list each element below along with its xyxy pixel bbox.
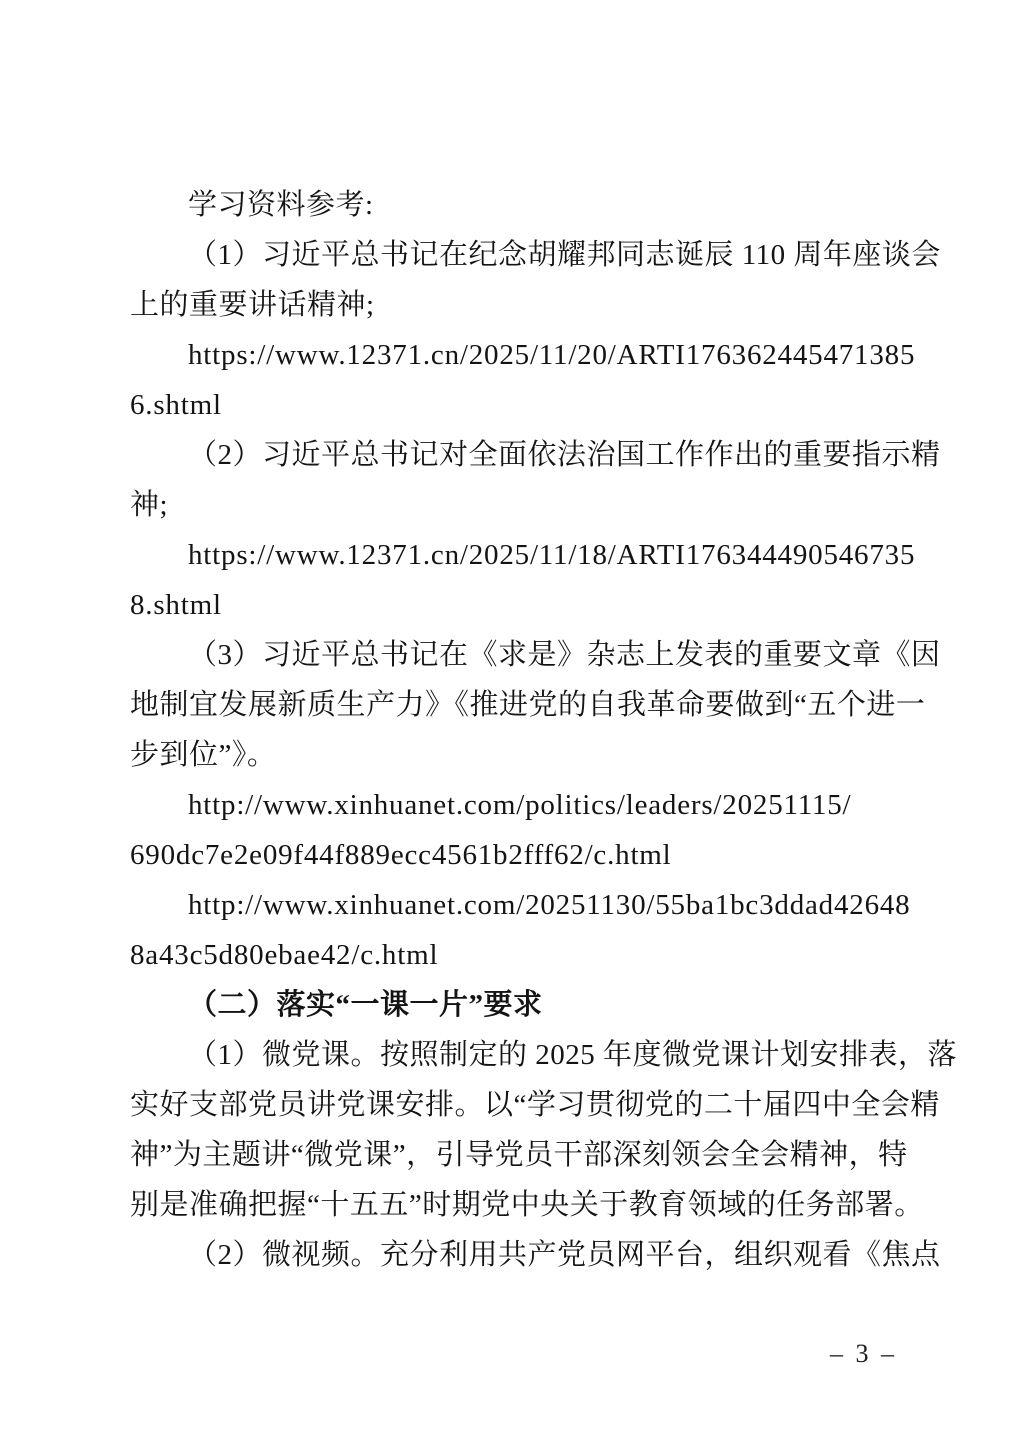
document-body: 学习资料参考: （1）习近平总书记在纪念胡耀邦同志诞辰 110 周年座谈会 上的… xyxy=(130,180,900,1280)
text-line: 实好支部党员讲党课安排。以“学习贯彻党的二十届四中全会精 xyxy=(130,1080,900,1130)
url-line: https://www.12371.cn/2025/11/18/ARTI1763… xyxy=(130,530,900,580)
text-line: 神; xyxy=(130,480,900,530)
section-heading: （二）落实“一课一片”要求 xyxy=(130,980,900,1030)
url-line: 6.shtml xyxy=(130,380,900,430)
text-line: 上的重要讲话精神; xyxy=(130,280,900,330)
text-line: 地制宜发展新质生产力》《推进党的自我革命要做到“五个进一 xyxy=(130,680,900,730)
text-line: （3）习近平总书记在《求是》杂志上发表的重要文章《因 xyxy=(130,630,900,680)
text-line: （2）习近平总书记对全面依法治国工作作出的重要指示精 xyxy=(130,430,900,480)
page-number: – 3 – xyxy=(830,1338,897,1370)
url-line: http://www.xinhuanet.com/politics/leader… xyxy=(130,780,900,830)
text-line: 神”为主题讲“微党课”，引导党员干部深刻领会全会精神，特 xyxy=(130,1130,900,1180)
url-line: https://www.12371.cn/2025/11/20/ARTI1763… xyxy=(130,330,900,380)
url-line: 690dc7e2e09f44f889ecc4561b2fff62/c.html xyxy=(130,830,900,880)
text-line: （1）习近平总书记在纪念胡耀邦同志诞辰 110 周年座谈会 xyxy=(130,230,900,280)
text-line: 步到位”》。 xyxy=(130,730,900,780)
url-line: http://www.xinhuanet.com/20251130/55ba1b… xyxy=(130,880,900,930)
text-line: （1）微党课。按照制定的 2025 年度微党课计划安排表，落 xyxy=(130,1030,900,1080)
text-line: （2）微视频。充分利用共产党员网平台，组织观看《焦点 xyxy=(130,1230,900,1280)
text-line: 学习资料参考: xyxy=(130,180,900,230)
text-line: 别是准确把握“十五五”时期党中央关于教育领域的任务部署。 xyxy=(130,1180,900,1230)
document-page: 学习资料参考: （1）习近平总书记在纪念胡耀邦同志诞辰 110 周年座谈会 上的… xyxy=(0,0,1024,1448)
url-line: 8a43c5d80ebae42/c.html xyxy=(130,930,900,980)
url-line: 8.shtml xyxy=(130,580,900,630)
